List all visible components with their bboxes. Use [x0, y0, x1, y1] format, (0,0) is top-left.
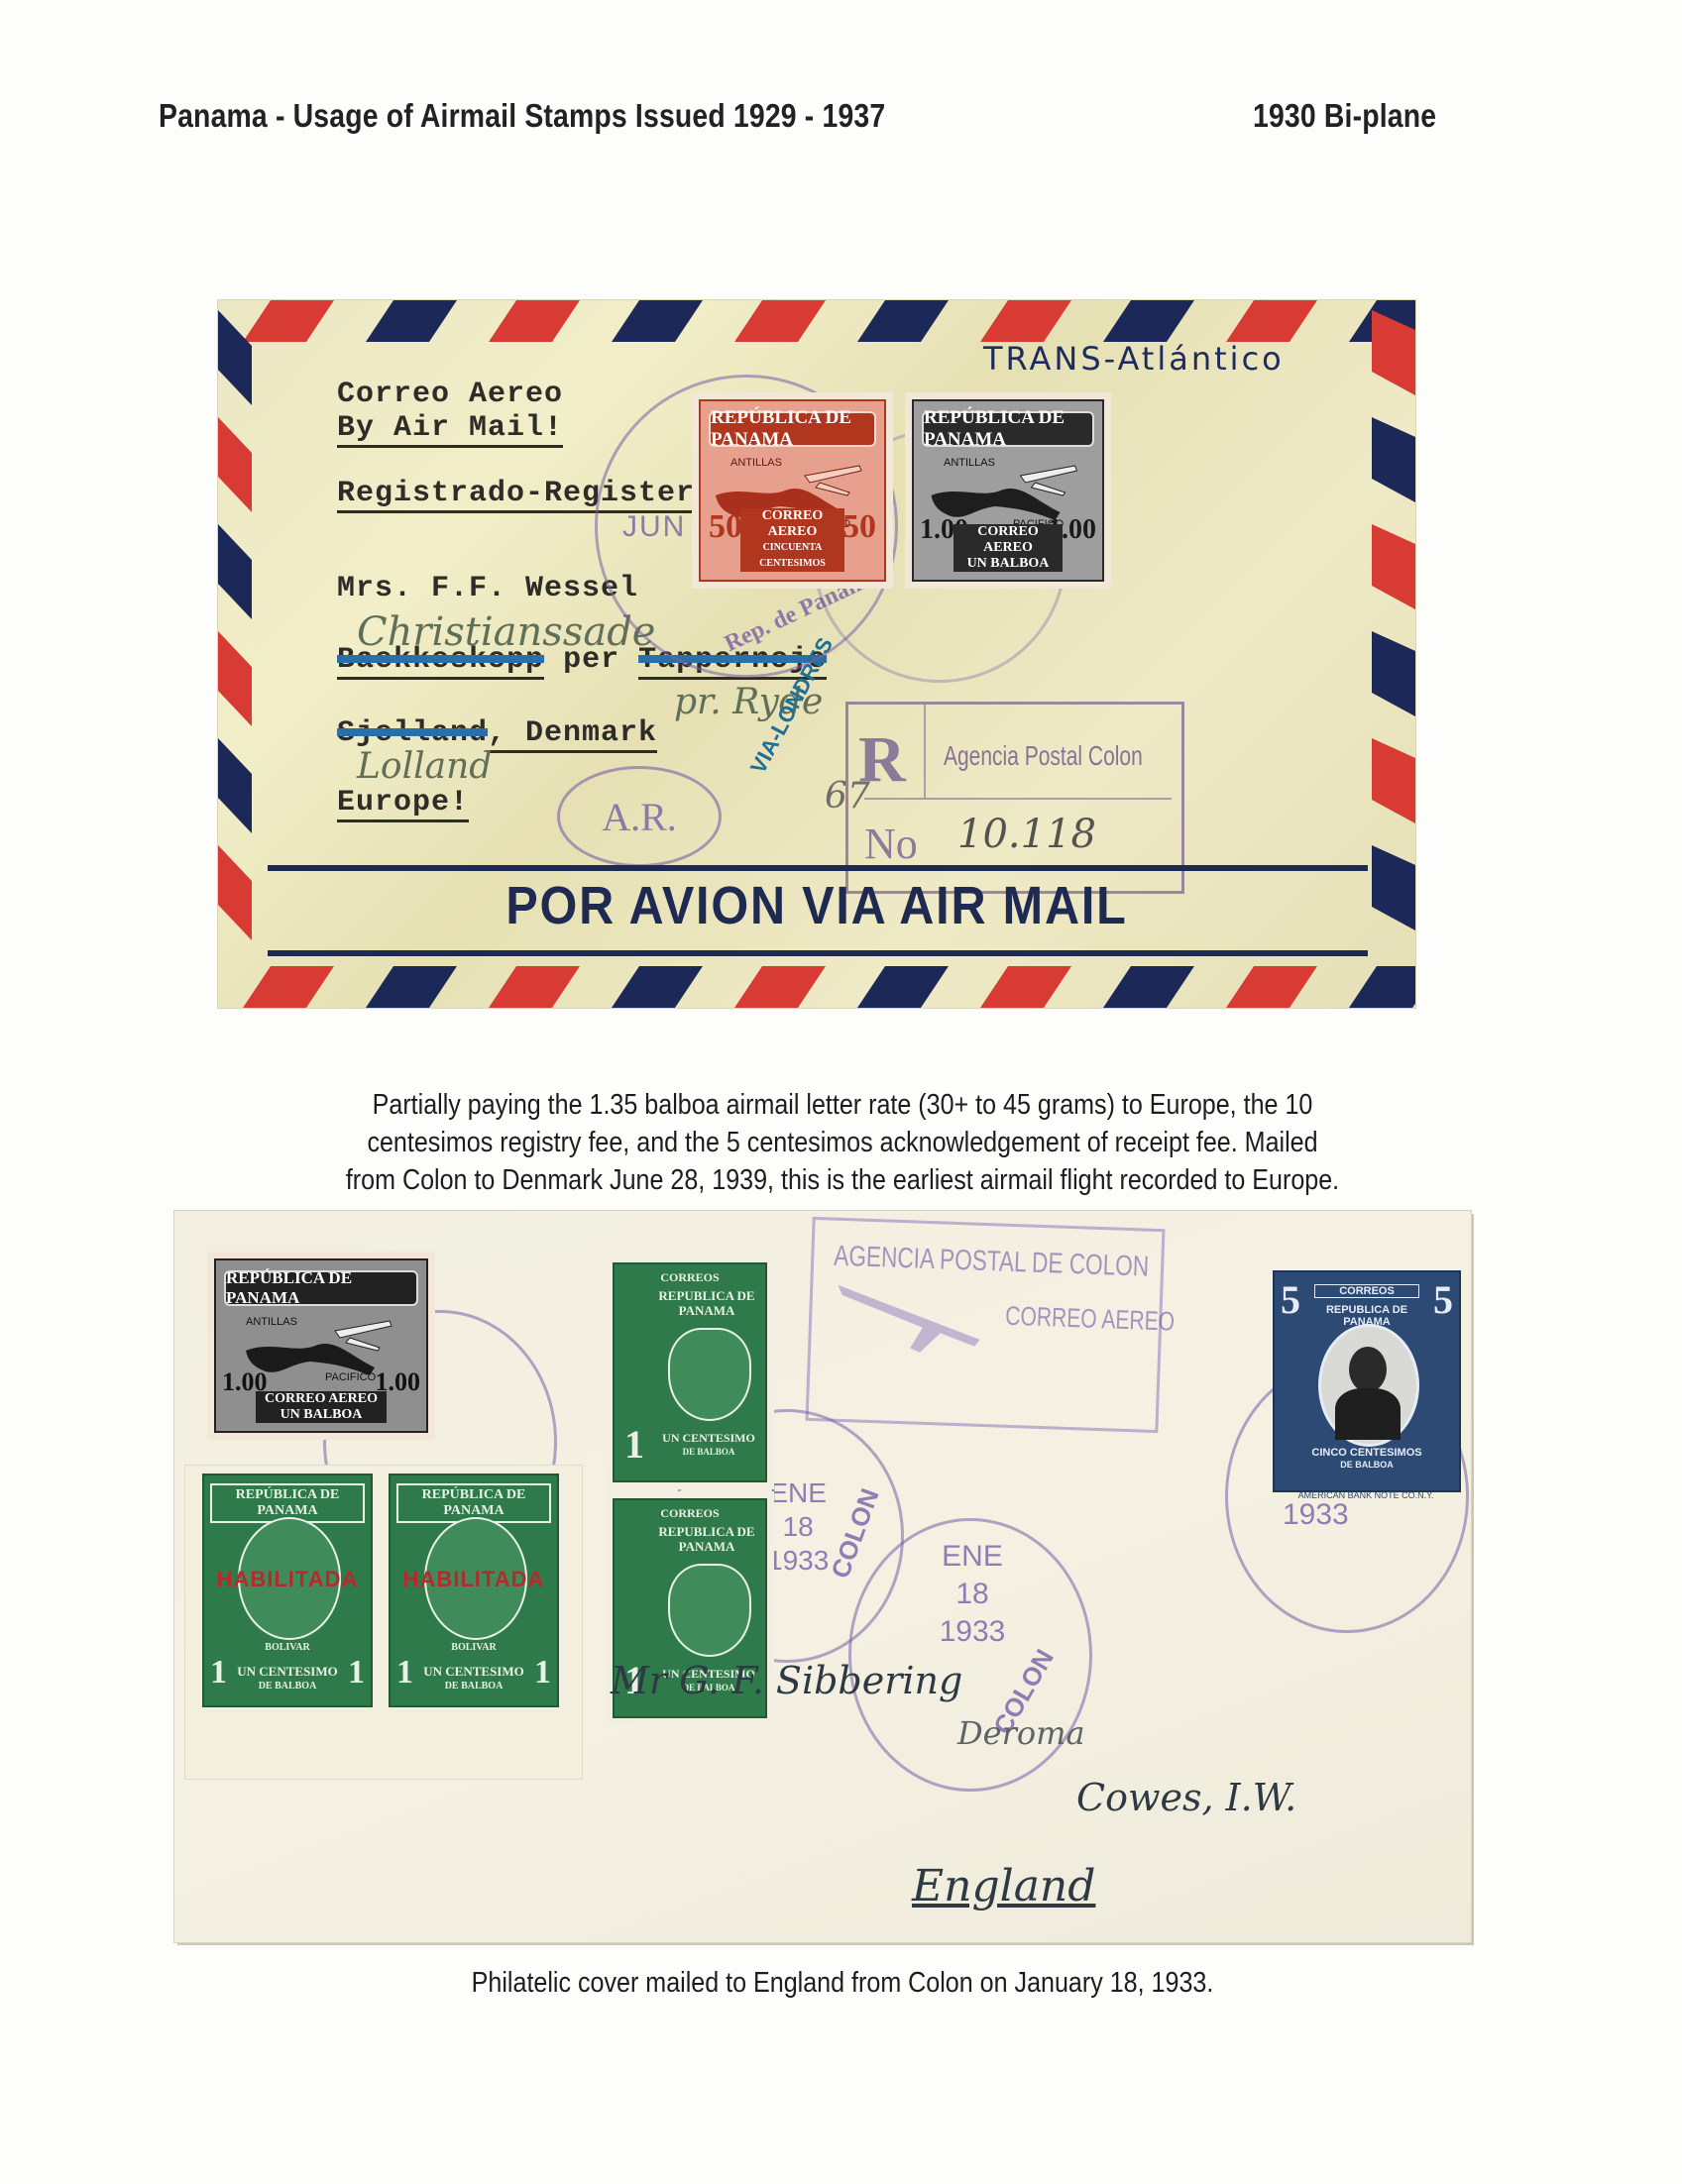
postmark-date-4: 1933 — [1283, 1498, 1349, 1532]
stamp-line2: CINCUENTA CENTESIMOS — [740, 540, 844, 572]
struck-region: Sjelland — [337, 716, 488, 750]
stamp-denomination-left: 50 — [709, 508, 742, 546]
address-line-3: Cowes, I.W. — [1076, 1776, 1296, 1819]
banner-rule-bottom — [268, 950, 1368, 956]
ar-text: A.R. — [602, 794, 677, 840]
divider — [864, 798, 1172, 800]
banner-rule-top — [268, 865, 1368, 871]
cachet-line1: AGENCIA POSTAL DE COLON — [834, 1241, 1150, 1284]
indicium-sub: DE BALBOA — [1304, 1459, 1429, 1471]
address-line-4: England — [912, 1861, 1095, 1911]
typed-correo-aereo: Correo Aereo — [337, 378, 563, 411]
airmail-cover-denmark: Correo Aereo By Air Mail! Registrado-Reg… — [218, 300, 1415, 1008]
registration-number: 10.118 — [957, 812, 1096, 857]
stamp-denomination-right: 1 — [348, 1654, 365, 1692]
airplane-icon — [831, 1280, 992, 1365]
ar-stamp: A.R. — [557, 766, 722, 867]
stamp-denomination-left: 1 — [210, 1654, 227, 1692]
stamp-value: UN CENTESIMODE BALBOA — [234, 1664, 341, 1693]
stamp-country: REPUBLICA DE PANAMA — [654, 1288, 759, 1318]
caption-line: Partially paying the 1.35 balboa airmail… — [188, 1086, 1497, 1124]
divider — [924, 705, 926, 798]
handwritten-correction-lolland: Lolland — [357, 746, 492, 787]
registration-letter: R — [858, 722, 906, 798]
stamp-sub: DE BALBOA — [234, 1679, 341, 1693]
stamp-1-balboa: REPÚBLICA DE PANAMA ANTILLAS PACIFICO 1.… — [912, 399, 1104, 582]
address-line-2: Deroma — [957, 1714, 1085, 1752]
stamp-50-centesimos: REPÚBLICA DE PANAMA ANTILLAS PACIFICO 50… — [699, 399, 886, 582]
cachet-line2: CORREO AEREO — [1005, 1301, 1176, 1338]
indicium-top: CORREOS — [1314, 1284, 1419, 1298]
philatelic-cover-england: AGENCIA POSTAL DE COLON CORREO AEREO 193… — [174, 1211, 1471, 1942]
postmark-month: ENE — [938, 1538, 1007, 1576]
stamp-line1: CORREO AEREO — [740, 508, 844, 540]
postal-stationery-indicium: 5 5 CORREOS REPUBLICA DE PANAMA CINCO CE… — [1273, 1270, 1461, 1492]
stamp-arms-1-centesimo: CORREOS REPUBLICA DE PANAMA 1 UN CENTESI… — [613, 1262, 767, 1482]
stamp-value-text: UN CENTESIMO — [658, 1431, 759, 1445]
page-title: Panama - Usage of Airmail Stamps Issued … — [159, 97, 885, 135]
caption-cover-1: Partially paying the 1.35 balboa airmail… — [188, 1086, 1497, 1199]
coat-of-arms-icon — [668, 1328, 751, 1421]
indicium-value: CINCO CENTESIMOSDE BALBOA — [1304, 1447, 1429, 1471]
agencia-cachet: AGENCIA POSTAL DE COLON CORREO AEREO — [806, 1217, 1166, 1433]
stamp-value: UN CENTESIMODE BALBOA — [658, 1431, 759, 1459]
portrait-medallion — [1318, 1324, 1419, 1447]
stamp-overprint: HABILITADA — [210, 1567, 365, 1592]
typed-by-air-mail: By Air Mail! — [337, 411, 563, 448]
typed-addressee: Mrs. F.F. Wessel — [337, 572, 638, 605]
stamp-line1: CORREO AEREO — [256, 1391, 387, 1407]
stamp-footer: CORREO AEREOCINCUENTA CENTESIMOS — [740, 508, 844, 572]
indicium-denomination-left: 5 — [1281, 1276, 1300, 1323]
portrait-head — [1349, 1347, 1387, 1392]
stamp-country: REPÚBLICA DE PANAMA — [709, 411, 876, 447]
stamp-bolivar-habilitada-1: REPÚBLICA DE PANAMA HABILITADA BOLIVAR 1… — [202, 1474, 373, 1707]
stamp-name: BOLIVAR — [210, 1642, 365, 1653]
indicium-denomination-right: 5 — [1433, 1276, 1453, 1323]
stamp-denomination-right: 50 — [842, 508, 876, 546]
registration-office: Agencia Postal Colon — [944, 740, 1143, 772]
stamp-country: REPÚBLICA DE PANAMA — [224, 1270, 418, 1306]
stamp-country: REPUBLICA DE PANAMA — [654, 1524, 759, 1554]
stamp-top: CORREOS — [620, 1270, 759, 1285]
caption-cover-2: Philatelic cover mailed to England from … — [188, 1964, 1497, 2002]
postmark-year: 1933 — [938, 1613, 1007, 1651]
typed-region-line: Sjelland, Denmark — [337, 716, 657, 750]
stamp-line1: CORREO AEREO — [953, 524, 1063, 556]
page-subtitle: 1930 Bi-plane — [1253, 97, 1436, 135]
postmark-year: 1933 — [1283, 1498, 1349, 1531]
stamp-top: CORREOS — [620, 1506, 759, 1521]
address-line-1: Mr G. F. Sibbering — [611, 1659, 962, 1702]
handwritten-correction-town: Christianssade — [357, 609, 655, 655]
stamp-overprint: HABILITADA — [396, 1567, 551, 1592]
typed-country: , Denmark — [488, 716, 657, 753]
stamp-denomination: 1 — [624, 1421, 644, 1468]
stamp-country: REPÚBLICA DE PANAMA — [922, 411, 1094, 447]
typed-continent: Europe! — [337, 786, 469, 822]
postmark-day: 18 — [767, 1510, 829, 1544]
stamp-sub: DE BALBOA — [420, 1679, 527, 1693]
banner-text: POR AVION VIA AIR MAIL — [278, 875, 1355, 936]
caption-line: from Colon to Denmark June 28, 1939, thi… — [188, 1161, 1497, 1199]
handwritten-trans-atlantico: TRANS-Atlántico — [983, 340, 1285, 378]
stamp-line2: UN BALBOA — [256, 1407, 387, 1423]
stamp-name: BOLIVAR — [396, 1642, 551, 1653]
stamp-footer: CORREO AEREOUN BALBOA — [256, 1391, 387, 1423]
stamp-denomination-right: 1 — [534, 1654, 551, 1692]
stamp-denomination-left: 1 — [396, 1654, 413, 1692]
caption-line: centesimos registry fee, and the 5 cente… — [188, 1124, 1497, 1161]
postmark-date-3: ENE181933 — [938, 1538, 1007, 1651]
portrait-body — [1335, 1388, 1401, 1440]
postmark-day: 18 — [938, 1576, 1007, 1613]
registration-no-label: No — [864, 819, 918, 869]
postmark-date-2: ENE181933 — [767, 1476, 829, 1578]
stamp-bolivar-habilitada-2: REPÚBLICA DE PANAMA HABILITADA BOLIVAR 1… — [389, 1474, 559, 1707]
stamp-line2: UN BALBOA — [953, 556, 1063, 572]
postmark-year: 1933 — [767, 1544, 829, 1578]
indicium-value-text: CINCO CENTESIMOS — [1304, 1447, 1429, 1459]
stamp-sub: DE BALBOA — [658, 1445, 759, 1459]
stamp-value-text: UN CENTESIMO — [420, 1664, 527, 1679]
stamp-value-text: UN CENTESIMO — [234, 1664, 341, 1679]
stamp-airmail-1-balboa: REPÚBLICA DE PANAMA ANTILLAS PACIFICO 1.… — [214, 1258, 428, 1433]
stamp-footer: CORREO AEREOUN BALBOA — [953, 524, 1063, 572]
postmark-month: ENE — [767, 1476, 829, 1510]
indicium-printer: AMERICAN BANK NOTE CO.N.Y. — [1267, 1490, 1465, 1500]
coat-of-arms-icon — [668, 1564, 751, 1657]
stamp-value: UN CENTESIMODE BALBOA — [420, 1664, 527, 1693]
